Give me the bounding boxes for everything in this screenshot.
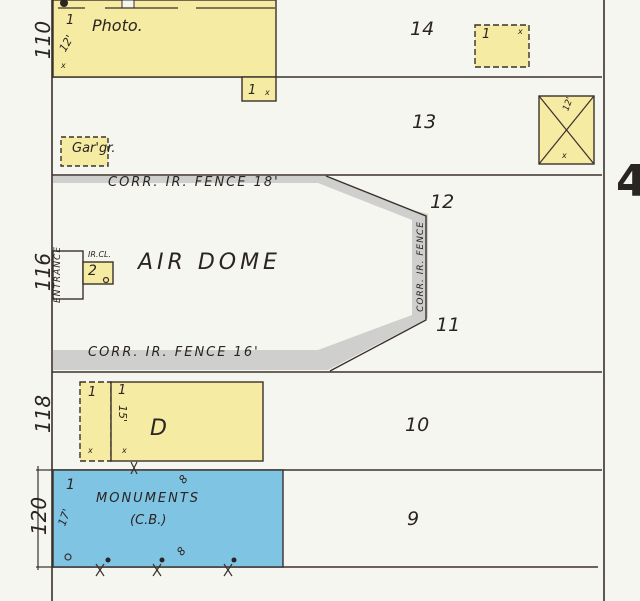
adjoining-sheet-number: 4 <box>616 160 640 204</box>
fence-top-label: CORR. IR. FENCE 18' <box>108 176 280 189</box>
lot-number-12: 12 <box>430 193 454 212</box>
dwelling-stories: 1 <box>118 384 126 397</box>
fence-bottom <box>53 315 428 370</box>
address-118: 118 <box>33 395 53 433</box>
photo-stories: 1 <box>66 14 74 27</box>
porch-mark: x <box>88 447 93 455</box>
photo-building <box>53 0 276 77</box>
fence-bottom-label: CORR. IR. FENCE 16' <box>88 346 260 359</box>
dwelling-mark: x <box>122 447 127 455</box>
booth-stories: 2 <box>88 264 97 278</box>
monuments-sublabel: (C.B.) <box>130 514 166 527</box>
dwelling-label: D <box>150 418 167 440</box>
address-120: 120 <box>29 497 49 535</box>
address-116: 116 <box>33 253 53 291</box>
map-sheet <box>0 0 640 601</box>
photo-opening <box>122 0 134 8</box>
photo-label: Photo. <box>92 18 143 34</box>
air-dome-label: AIR DOME <box>138 252 281 274</box>
dwelling-118 <box>111 382 263 461</box>
annex-mark: x <box>265 89 270 97</box>
photo-mark: x <box>61 62 66 70</box>
porch-stories: 1 <box>88 386 96 399</box>
monuments-building <box>53 470 283 567</box>
monuments-label: MONUMENTS <box>96 492 200 505</box>
dwelling-height: 15' <box>117 405 128 422</box>
monuments-stories: 1 <box>66 478 75 492</box>
outbuilding-mark: x <box>518 28 523 36</box>
address-110: 110 <box>33 21 53 59</box>
lot-number-11: 11 <box>436 316 460 335</box>
lot-number-10: 10 <box>405 416 429 435</box>
garage-label: Gar'gr. <box>72 142 116 155</box>
annex-stories: 1 <box>248 84 256 97</box>
outbuilding-stories: 1 <box>482 28 490 41</box>
lot-number-9: 9 <box>407 510 419 529</box>
entrance-label: ENTRANCE <box>54 246 63 303</box>
lot-number-14: 14 <box>410 20 434 39</box>
shed-mark: x <box>562 152 567 160</box>
lot-number-13: 13 <box>412 113 436 132</box>
booth-label: IR.CL. <box>88 251 111 259</box>
fence-end-label: CORR. IR. FENCE <box>417 221 426 312</box>
